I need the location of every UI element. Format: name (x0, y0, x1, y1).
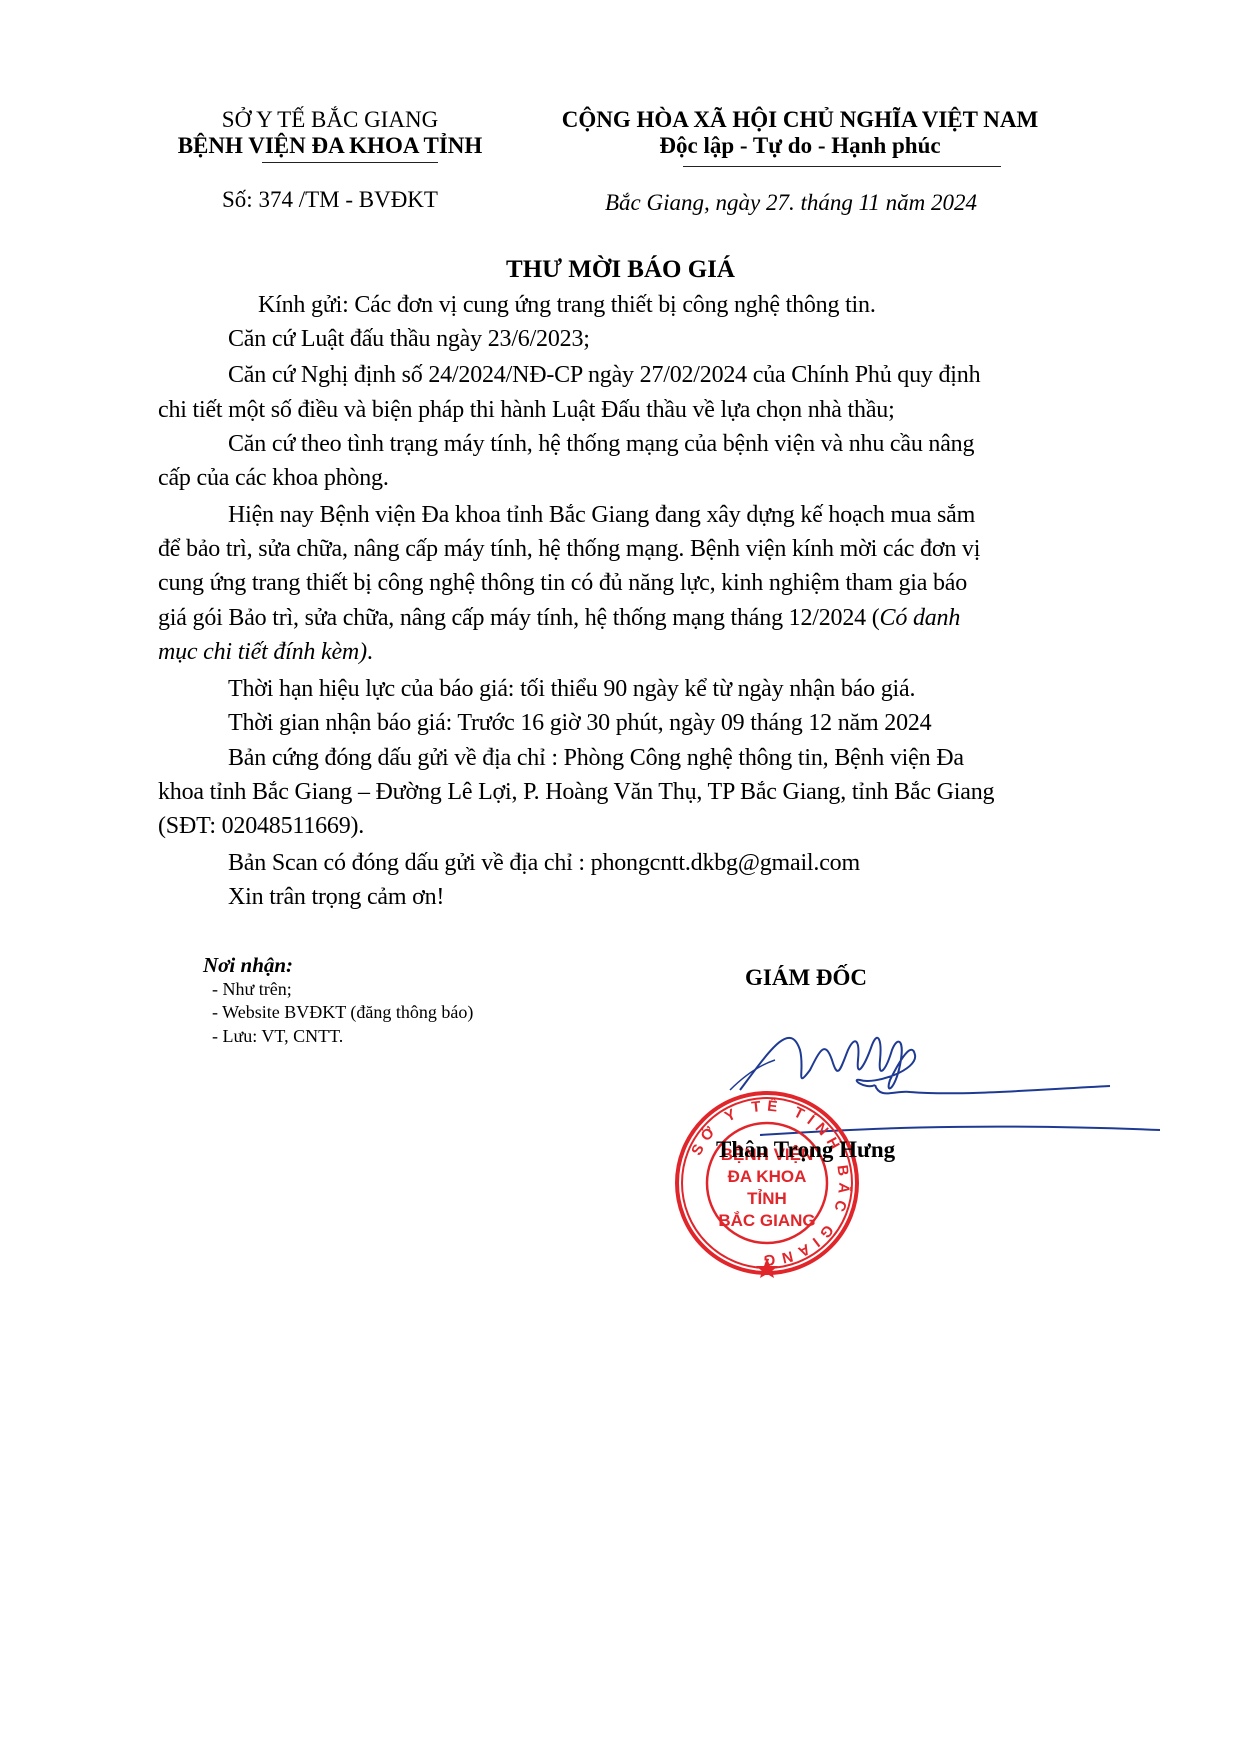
stamp-line: ĐA KHOA (728, 1167, 807, 1186)
intro-line5: mục chi tiết đính kèm). (158, 639, 373, 666)
basis-decree-line1: Căn cứ Nghị định số 24/2024/NĐ-CP ngày 2… (228, 362, 980, 389)
document-title: THƯ MỜI BÁO GIÁ (0, 256, 1241, 284)
attachment-note-part1: Có danh (880, 605, 961, 631)
document-number: Số: 374 /TM - BVĐKT (180, 187, 480, 213)
agency-name: SỞ Y TẾ BẮC GIANG (180, 107, 480, 133)
hardcopy-address-line1: Bản cứng đóng dấu gửi về địa chỉ : Phòng… (228, 745, 964, 772)
stamp-line: BẮC GIANG (718, 1211, 815, 1230)
official-stamp: SỞ Y TẾ TỈNH BẮC GIANG BỆNH VIỆN ĐA KHOA… (672, 1088, 862, 1278)
recipient-item: - Lưu: VT, CNTT. (212, 1026, 343, 1047)
basis-law: Căn cứ Luật đấu thầu ngày 23/6/2023; (228, 326, 590, 353)
motto-underline (683, 166, 1001, 167)
attachment-note-part2: mục chi tiết đính kèm) (158, 639, 367, 665)
nation-name: CỘNG HÒA XÃ HỘI CHỦ NGHĨA VIỆT NAM (560, 107, 1040, 133)
organization-name: BỆNH VIỆN ĐA KHOA TỈNH (160, 133, 500, 159)
basis-status-line1: Căn cứ theo tình trạng máy tính, hệ thốn… (228, 431, 974, 458)
organization-underline (262, 162, 438, 163)
intro-line4: giá gói Bảo trì, sửa chữa, nâng cấp máy … (158, 605, 960, 632)
basis-decree-line2: chi tiết một số điều và biện pháp thi hà… (158, 397, 895, 424)
place-date: Bắc Giang, ngày 27. tháng 11 năm 2024 (605, 190, 977, 216)
stamp-line: TỈNH (747, 1189, 787, 1208)
recipients-title: Nơi nhận: (203, 953, 293, 978)
recipient-item: - Website BVĐKT (đăng thông báo) (212, 1002, 473, 1023)
recipient-item: - Như trên; (212, 979, 292, 1000)
intro-line1: Hiện nay Bệnh viện Đa khoa tỉnh Bắc Gian… (228, 502, 975, 529)
intro-line4-text: giá gói Bảo trì, sửa chữa, nâng cấp máy … (158, 605, 880, 631)
intro-line3: cung ứng trang thiết bị công nghệ thông … (158, 570, 967, 597)
closing-thanks: Xin trân trọng cảm ơn! (228, 884, 444, 911)
quote-deadline: Thời gian nhận báo giá: Trước 16 giờ 30 … (228, 710, 931, 737)
recipient-line: Kính gửi: Các đơn vị cung ứng trang thiế… (258, 292, 876, 319)
scan-email-line: Bản Scan có đóng dấu gửi về địa chỉ : ph… (228, 850, 860, 877)
signer-position: GIÁM ĐỐC (745, 965, 867, 991)
basis-status-line2: cấp của các khoa phòng. (158, 465, 389, 492)
quote-validity: Thời hạn hiệu lực của báo giá: tối thiểu… (228, 676, 915, 703)
intro-line5-period: . (367, 639, 373, 665)
signer-name: Thân Trọng Hưng (716, 1137, 895, 1163)
intro-line2: để bảo trì, sửa chữa, nâng cấp máy tính,… (158, 536, 980, 563)
national-motto: Độc lập - Tự do - Hạnh phúc (560, 133, 1040, 159)
hardcopy-phone: (SĐT: 02048511669). (158, 813, 364, 840)
hardcopy-address-line2: khoa tỉnh Bắc Giang – Đường Lê Lợi, P. H… (158, 779, 994, 806)
